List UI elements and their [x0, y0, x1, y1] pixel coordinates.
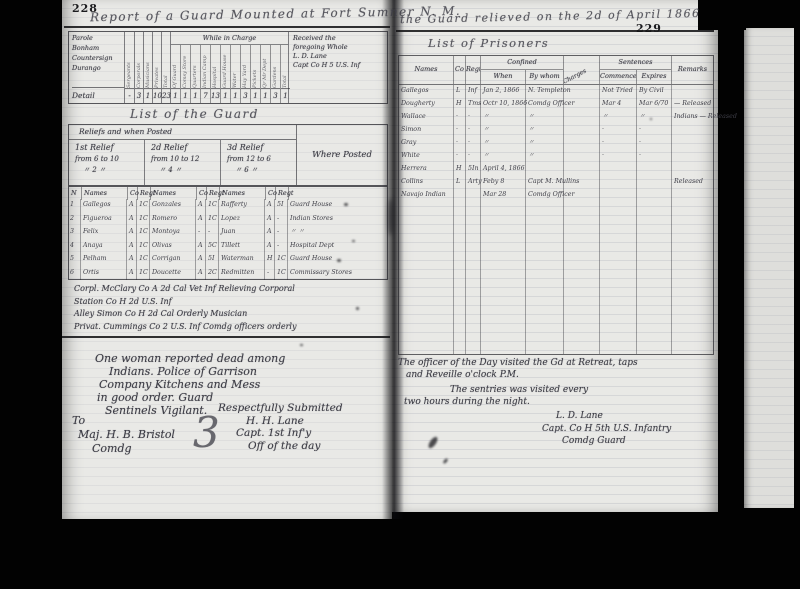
in-charge-column: Qr Mr Dept 1 — [260, 45, 270, 103]
prisoner-row: White · · 〃 〃 · · — [399, 150, 713, 163]
guard-regt-1: 1C — [136, 226, 149, 240]
gutter-ink-streak — [388, 198, 394, 236]
prisoner-charge — [563, 85, 599, 98]
in-charge-column: Guard House 1 — [220, 45, 230, 103]
prisoner-sentence-expires: By Civil — [636, 85, 671, 98]
prisoner-confined-when: April 4, 1866 — [480, 163, 525, 176]
parole-lines: Parole BonhamCountersign Durango — [72, 33, 124, 73]
guard-regt-2: 5I — [205, 253, 218, 267]
guard-regt-2: - — [205, 226, 218, 240]
in-charge-col-header: Qr Mr Dept — [261, 45, 270, 88]
guard-co-3: - — [264, 267, 274, 281]
guard-note-line: Corpl. McClary Co A 2d Cal Vet Inf Relie… — [74, 283, 296, 296]
prisoner-rows: Gallegos L Inf Jan 2, 1866 N. Templeton … — [399, 85, 713, 202]
prisoner-confined-bywhom — [525, 163, 563, 176]
guard-commander-signature: L. D. LaneCapt. Co H 5th U.S. InfantryCo… — [556, 410, 671, 448]
in-charge-col-header: Gardens — [271, 45, 280, 88]
guard-regt-2: 5C — [205, 240, 218, 254]
guard-co-2: A — [195, 253, 205, 267]
reliefs-left: Reliefs and when Posted 1st Relief from … — [69, 125, 296, 185]
in-charge-column: Of Guard 1 — [171, 45, 180, 103]
guard-name-2: Olivas — [149, 240, 195, 254]
guard-name-1: Anaya — [80, 240, 126, 254]
guard-signature-line: Comdg Guard — [562, 435, 671, 448]
prisoner-remarks — [671, 137, 713, 150]
received-note-line: Capt Co H 5 U.S. Inf — [293, 61, 387, 70]
prisoners-header: Names Co Regt Confined Charges Sentences… — [399, 56, 713, 85]
guard-no: 1 — [68, 199, 80, 213]
in-charge-col-value: 7 — [201, 88, 210, 103]
guard-name-3: Lopez — [218, 213, 264, 227]
prisoner-name: Wallace — [399, 111, 453, 124]
prisoner-name: Gray — [399, 137, 453, 150]
guard-name-1: Pelham — [80, 253, 126, 267]
prisoner-confined-when: Jan 2, 1866 — [480, 85, 525, 98]
closing-signature-block: Respectfully SubmittedH. H. LaneCapt. 1s… — [218, 402, 343, 452]
guard-posted: 〃 〃 — [287, 226, 388, 240]
where-posted-label: Where Posted — [296, 125, 387, 185]
prisoner-sentence-commenced — [599, 163, 636, 176]
guard-co-3: A — [264, 199, 274, 213]
guard-co-1: A — [126, 267, 136, 281]
prisoner-co: L — [453, 176, 465, 189]
in-charge-col-header: Of Guard — [171, 45, 180, 88]
guard-co-3: H — [264, 253, 274, 267]
prisoner-confined-bywhom: N. Templeton — [525, 85, 563, 98]
guard-no: 3 — [68, 226, 80, 240]
in-charge-col-value: 1 — [231, 88, 240, 103]
relief-time: from 12 to 6 — [227, 154, 296, 165]
prisoner-name: Gallegos — [399, 85, 453, 98]
visit-note-line: The officer of the Day visited the Gd at… — [398, 357, 638, 369]
prisoner-row: Herrera H 5In April 4, 1866 — [399, 163, 713, 176]
relief-ditto: 〃 2 〃 — [75, 165, 144, 176]
strength-columns: Sergeants - Corporals 3 Musicians 1 Priv… — [124, 32, 170, 103]
in-charge-col-value: 1 — [181, 88, 190, 103]
guard-name-2: Doucette — [149, 267, 195, 281]
prisoner-sentence-expires: · — [636, 150, 671, 163]
signature-line: H. H. Lane — [246, 415, 343, 428]
guard-posted: Hospital Dept — [287, 240, 388, 254]
visit-note-line: and Reveille o'clock P.M. — [406, 369, 638, 381]
guard-co-1: A — [126, 213, 136, 227]
strength-header: Corporals — [135, 32, 144, 88]
guard-notes: Corpl. McClary Co A 2d Cal Vet Inf Relie… — [74, 283, 296, 333]
prisoner-regt: Arty — [465, 176, 480, 189]
guard-name-3: Tillett — [218, 240, 264, 254]
in-charge-col-value: 1 — [221, 88, 230, 103]
prisoner-confined-bywhom: 〃 — [525, 111, 563, 124]
in-charge-col-value: 1 — [191, 88, 200, 103]
in-charge-column: Hospital 13 — [210, 45, 220, 103]
empty-cell — [453, 202, 465, 354]
prisoner-remarks — [671, 124, 713, 137]
addressee-block: ToMaj. H. B. BristolComdg — [72, 414, 175, 456]
guard-regt-3: - — [274, 213, 287, 227]
guard-regt-3: 1C — [274, 253, 287, 267]
prisoner-regt: · — [465, 111, 480, 124]
guard-name-2: Gonzales — [149, 199, 195, 213]
in-charge-col-value: 1 — [261, 88, 270, 103]
in-charge-header: While in Charge — [171, 32, 288, 45]
prisoner-sentence-commenced: · — [599, 150, 636, 163]
ink-smudge — [300, 344, 303, 346]
prisoner-confined-bywhom: Capt M. Mullins — [525, 176, 563, 189]
guard-signature-line: L. D. Lane — [556, 410, 671, 423]
prisoner-regt: Inf — [465, 85, 480, 98]
addressee-line: To — [72, 414, 175, 428]
guard-posted: Guard House — [287, 199, 388, 213]
signature-line: Capt. 1st Inf'y — [236, 427, 343, 440]
guard-regt-3: - — [274, 226, 287, 240]
scanned-ledger: { "colors": {"paper": "#e9e9e6", "ink": … — [0, 0, 800, 589]
prisoner-name: Navajo Indian — [399, 189, 453, 202]
prisoner-co: H — [453, 163, 465, 176]
guard-note-line: Privat. Cummings Co 2 U.S. Inf Comdg off… — [74, 321, 296, 334]
in-charge-col-header: Indian Camp — [201, 45, 210, 88]
strength-header: Musicians — [144, 32, 153, 88]
strength-column: Total 23 — [161, 32, 170, 103]
guard-regt-1: 1C — [136, 253, 149, 267]
guard-no: 2 — [68, 213, 80, 227]
prisoner-sentence-commenced: Mar 4 — [599, 98, 636, 111]
strength-header: Total — [162, 32, 171, 88]
guard-note-line: Station Co H 2d U.S. Inf — [74, 296, 296, 309]
relief-time: from 10 to 12 — [151, 154, 220, 165]
ink-smudge — [352, 240, 355, 242]
guard-co-2: A — [195, 240, 205, 254]
guard-co-2: - — [195, 226, 205, 240]
guard-row: 2 Figueroa A 1C Romero A 1C Lopez A - In… — [68, 213, 388, 227]
guard-no: 5 — [68, 253, 80, 267]
prisoner-charge — [563, 163, 599, 176]
empty-cell — [563, 202, 599, 354]
prisoners-table: Names Co Regt Confined Charges Sentences… — [398, 55, 714, 355]
relief-ditto: 〃 4 〃 — [151, 165, 220, 176]
prisoner-sentence-commenced — [599, 189, 636, 202]
prisoner-co: H — [453, 98, 465, 111]
empty-cell — [465, 202, 480, 354]
empty-cell — [599, 202, 636, 354]
header-rule-right — [396, 30, 714, 32]
prisoner-regt: · — [465, 124, 480, 137]
guard-row: 3 Felix A 1C Montoya - - Juan A - 〃 〃 — [68, 226, 388, 240]
relief-column: 3d Relief from 12 to 6 〃 6 〃 — [220, 140, 296, 185]
in-charge-column: Quarters 1 — [190, 45, 200, 103]
guard-regt-2: 2C — [205, 267, 218, 281]
page-number-right: 229 — [636, 22, 662, 35]
guard-name-1: Felix — [80, 226, 126, 240]
prisoner-sentence-expires: · — [636, 124, 671, 137]
prisoner-row: Collins L Arty Feby 8 Capt M. Mullins Re… — [399, 176, 713, 189]
parole-line: Parole — [72, 33, 124, 43]
prisoner-confined-when: Feby 8 — [480, 176, 525, 189]
in-charge-column: Water 1 — [230, 45, 240, 103]
ph-remarks: Remarks — [671, 56, 713, 84]
ph-charges: Charges — [563, 56, 599, 84]
in-charge-cols: Of Guard 1 Comsy Store 1 Quarters 1 Indi… — [171, 45, 288, 103]
prisoner-sentence-expires — [636, 189, 671, 202]
guard-co-3: A — [264, 240, 274, 254]
ph-co: Co — [453, 56, 465, 84]
in-charge-column: Comsy Store 1 — [180, 45, 190, 103]
prisoner-charge — [563, 124, 599, 137]
guard-co-1: A — [126, 226, 136, 240]
prisoner-name: Herrera — [399, 163, 453, 176]
signature-line: Respectfully Submitted — [218, 402, 343, 415]
prisoner-row: Navajo Indian Mar 28 Comdg Officer — [399, 189, 713, 202]
prisoner-charge — [563, 137, 599, 150]
prisoner-remarks — [671, 163, 713, 176]
in-charge-col-value: 3 — [271, 88, 280, 103]
parole-line: Durango — [72, 63, 124, 73]
guard-regt-3: 5I — [274, 199, 287, 213]
ink-smudge — [650, 118, 652, 120]
closing-brace: 3 — [193, 408, 220, 457]
guard-regt-3: - — [274, 240, 287, 254]
closing-line: One woman reported dead among — [95, 352, 285, 365]
prisoner-sentence-commenced: 〃 — [599, 111, 636, 124]
empty-cell — [636, 202, 671, 354]
prisoner-remarks — [671, 189, 713, 202]
prisoner-sentence-expires: 〃 — [636, 111, 671, 124]
guard-co-1: A — [126, 253, 136, 267]
prisoner-co — [453, 189, 465, 202]
guard-row: 1 Gallegos A 1C Gonzales A 1C Rafferty A… — [68, 199, 388, 213]
strength-column: Sergeants - — [125, 32, 134, 103]
in-charge-col-header: Quarters — [191, 45, 200, 88]
in-charge-col-header: Guard House — [221, 45, 230, 88]
prisoner-confined-when: 〃 — [480, 124, 525, 137]
guard-name-2: Corrigan — [149, 253, 195, 267]
relief-name: 2d Relief — [151, 142, 220, 154]
strength-value: 23 — [162, 88, 170, 103]
prisoner-confined-when: 〃 — [480, 150, 525, 163]
guard-regt-1: 1C — [136, 267, 149, 281]
prisoner-sentence-expires: · — [636, 137, 671, 150]
guard-no: 4 — [68, 240, 80, 254]
guard-co-1: A — [126, 240, 136, 254]
prisoner-confined-bywhom: Comdg Officer — [525, 189, 563, 202]
prisoner-regt: 5In — [465, 163, 480, 176]
visit-note-line: The sentries was visited every — [450, 384, 638, 396]
prisoner-regt: · — [465, 150, 480, 163]
prisoner-sentence-commenced — [599, 176, 636, 189]
guard-regt-2: 1C — [205, 213, 218, 227]
header-rule-left — [64, 26, 390, 28]
prisoner-name: Collins — [399, 176, 453, 189]
guard-name-1: Gallegos — [80, 199, 126, 213]
prisoner-row: Gallegos L Inf Jan 2, 1866 N. Templeton … — [399, 85, 713, 98]
strength-column: Privates 10 — [152, 32, 161, 103]
guard-regt-1: 1C — [136, 213, 149, 227]
in-charge-column: Hay Yard 3 — [240, 45, 250, 103]
ph-charges-text: Charges — [563, 65, 589, 84]
officer-visit-note: The officer of the Day visited the Gd at… — [398, 357, 638, 408]
strength-value: 3 — [135, 88, 143, 103]
prisoner-row: Dougherty H Tms Octr 10, 1866 Comdg Offi… — [399, 98, 713, 111]
guard-list-title: List of the Guard — [130, 107, 259, 121]
guard-co-2: A — [195, 213, 205, 227]
reliefs-caption: Reliefs and when Posted — [69, 125, 296, 139]
closing-line: Indians. Police of Garrison — [109, 365, 285, 378]
guard-signature-line: Capt. Co H 5th U.S. Infantry — [542, 423, 671, 436]
strength-value: 10 — [153, 88, 161, 103]
ph-names: Names — [399, 56, 453, 84]
guard-detail-table: Parole BonhamCountersign Durango Detail … — [68, 31, 388, 104]
prisoner-row: Gray · · 〃 〃 · · — [399, 137, 713, 150]
prisoners-title: List of Prisoners — [428, 36, 549, 50]
prisoner-confined-when: Mar 28 — [480, 189, 525, 202]
strength-value: 1 — [144, 88, 152, 103]
guard-co-3: A — [264, 213, 274, 227]
relief-time: from 6 to 10 — [75, 154, 144, 165]
prisoner-sentence-commenced: · — [599, 124, 636, 137]
prisoner-sentence-commenced: · — [599, 137, 636, 150]
prisoners-empty-area — [399, 202, 713, 354]
prisoner-row: Simon · · 〃 〃 · · — [399, 124, 713, 137]
empty-cell — [399, 202, 453, 354]
prisoner-confined-when: Octr 10, 1866 — [480, 98, 525, 111]
strength-value: - — [125, 88, 134, 103]
prisoner-name: White — [399, 150, 453, 163]
guard-row: 6 Ortis A 1C Doucette A 2C Redmitten - 1… — [68, 267, 388, 281]
ink-smudge — [337, 259, 341, 262]
prisoner-sentence-commenced: Not Tried — [599, 85, 636, 98]
prisoner-confined-when: 〃 — [480, 111, 525, 124]
prisoner-co: · — [453, 124, 465, 137]
in-charge-col-value: 1 — [171, 88, 180, 103]
ink-smudge — [356, 307, 359, 310]
guard-name-3: Waterman — [218, 253, 264, 267]
closing-line: Company Kitchens and Mess — [99, 378, 285, 391]
visit-note-line: two hours during the night. — [404, 396, 638, 408]
prisoner-regt: Tms — [465, 98, 480, 111]
in-charge-col-header: Hay Yard — [241, 45, 250, 88]
in-charge-column: Gardens 3 — [270, 45, 280, 103]
guard-rows: 1 Gallegos A 1C Gonzales A 1C Rafferty A… — [68, 199, 388, 280]
guard-note-line: Alley Simon Co H 2d Cal Orderly Musician — [74, 308, 296, 321]
addressee-line: Maj. H. B. Bristol — [78, 428, 175, 442]
strength-header: Privates — [153, 32, 162, 88]
prisoner-name: Simon — [399, 124, 453, 137]
prisoner-regt: · — [465, 137, 480, 150]
prisoner-sentence-expires: Mar 6/70 — [636, 98, 671, 111]
prisoner-co: · — [453, 111, 465, 124]
prisoner-sentence-expires — [636, 163, 671, 176]
guard-name-3: Juan — [218, 226, 264, 240]
parole-line: Bonham — [72, 43, 124, 53]
prisoner-confined-when: 〃 — [480, 137, 525, 150]
in-charge-column: Pickets 1 — [250, 45, 260, 103]
in-charge-column: Indian Camp 7 — [200, 45, 210, 103]
received-note-line: L. D. Lane — [293, 52, 387, 61]
detail-row-label: Detail — [72, 87, 124, 103]
prisoner-confined-bywhom: 〃 — [525, 137, 563, 150]
received-note: Received theforegoing WholeL. D. LaneCap… — [288, 32, 387, 103]
prisoner-co: L — [453, 85, 465, 98]
guard-co-2: A — [195, 199, 205, 213]
ph-sentences: Sentences — [599, 56, 671, 70]
empty-cell — [480, 202, 525, 354]
ph-commenced: Commenced — [599, 70, 636, 84]
prisoner-row: Wallace · · 〃 〃 〃 〃 Indians — Released — [399, 111, 713, 124]
parole-line: Countersign — [72, 53, 124, 63]
empty-cell — [525, 202, 563, 354]
prisoner-name: Dougherty — [399, 98, 453, 111]
empty-cell — [671, 202, 713, 354]
in-charge-group: While in Charge Of Guard 1 Comsy Store 1… — [170, 32, 288, 103]
in-charge-col-header: Water — [231, 45, 240, 88]
prisoner-confined-bywhom: 〃 — [525, 150, 563, 163]
prisoner-remarks — [671, 150, 713, 163]
guard-regt-1: 1C — [136, 199, 149, 213]
prisoner-charge — [563, 98, 599, 111]
parole-countersign-cell: Parole BonhamCountersign Durango Detail — [69, 32, 124, 103]
guard-regt-3: 1C — [274, 267, 287, 281]
received-note-line: Received the — [293, 34, 387, 43]
strength-column: Corporals 3 — [134, 32, 143, 103]
guard-no: 6 — [68, 267, 80, 281]
prisoner-confined-bywhom: Comdg Officer — [525, 98, 563, 111]
prisoner-confined-bywhom: 〃 — [525, 124, 563, 137]
ink-smudge — [344, 203, 348, 206]
relief-name: 3d Relief — [227, 142, 296, 154]
relief-column: 2d Relief from 10 to 12 〃 4 〃 — [144, 140, 220, 185]
guard-row: 4 Anaya A 1C Olivas A 5C Tillett A - Hos… — [68, 240, 388, 254]
strength-column: Musicians 1 — [143, 32, 152, 103]
ph-bywhom: By whom — [525, 70, 563, 84]
relief-columns: 1st Relief from 6 to 10 〃 2 〃 2d Relief … — [69, 139, 296, 185]
prisoner-remarks — [671, 85, 713, 98]
guard-name-1: Figueroa — [80, 213, 126, 227]
prisoner-co: · — [453, 150, 465, 163]
relief-ditto: 〃 6 〃 — [227, 165, 296, 176]
guard-name-1: Ortis — [80, 267, 126, 281]
guard-name-2: Romero — [149, 213, 195, 227]
reliefs-table: Reliefs and when Posted 1st Relief from … — [68, 124, 388, 186]
received-note-line: foregoing Whole — [293, 43, 387, 52]
signature-line: Off of the day — [248, 440, 343, 453]
ph-regt: Regt — [465, 56, 480, 84]
ph-when: When — [480, 70, 525, 84]
prisoner-remarks: — Released — [671, 98, 713, 111]
prisoner-charge — [563, 111, 599, 124]
in-charge-col-header: Hospital — [211, 45, 220, 88]
in-charge-col-header: Total — [281, 45, 290, 88]
prisoner-co: · — [453, 137, 465, 150]
guard-regt-1: 1C — [136, 240, 149, 254]
prisoner-sentence-expires — [636, 176, 671, 189]
guard-regt-2: 1C — [205, 199, 218, 213]
guard-co-2: A — [195, 267, 205, 281]
in-charge-col-value: 13 — [211, 88, 220, 103]
strength-header: Sergeants — [125, 32, 134, 88]
prisoner-remarks: Indians — Released — [671, 111, 737, 124]
prisoner-charge — [563, 150, 599, 163]
guard-co-1: A — [126, 199, 136, 213]
relief-column: 1st Relief from 6 to 10 〃 2 〃 — [69, 140, 144, 185]
scan-corner — [698, 0, 746, 30]
guard-co-3: A — [264, 226, 274, 240]
next-page-edge — [744, 28, 794, 508]
guard-name-2: Montoya — [149, 226, 195, 240]
guard-name-3: Rafferty — [218, 199, 264, 213]
guard-posted: Indian Stores — [287, 213, 388, 227]
ph-confined: Confined — [480, 56, 563, 70]
addressee-line: Comdg — [92, 442, 175, 456]
prisoner-regt — [465, 189, 480, 202]
